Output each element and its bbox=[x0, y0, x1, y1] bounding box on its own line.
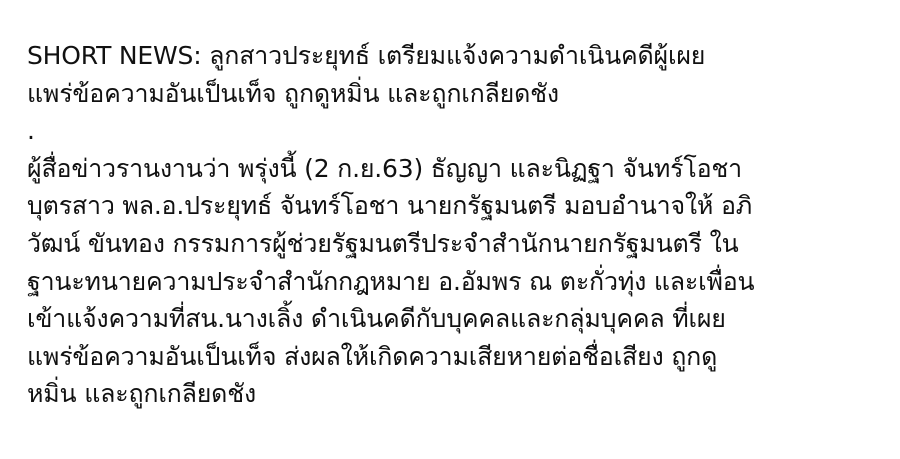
headline-line-2: แพร่ข้อความอันเป็นเท็จ ถูกดูหมิ่น และถูก… bbox=[27, 75, 897, 113]
body-line-5: เข้าแจ้งความที่สน.นางเลิ้ง ดำเนินคดีกับบ… bbox=[27, 300, 897, 338]
headline-line-1: SHORT NEWS: ลูกสาวประยุทธ์ เตรียมแจ้งควา… bbox=[27, 37, 897, 75]
body-line-7: หมิ่น และถูกเกลียดชัง bbox=[27, 375, 897, 413]
separator-dot: . bbox=[27, 112, 897, 150]
body-line-6: แพร่ข้อความอันเป็นเท็จ ส่งผลให้เกิดความเ… bbox=[27, 338, 897, 376]
body-line-4: ฐานะทนายความประจำสำนักกฎหมาย อ.อัมพร ณ ต… bbox=[27, 263, 897, 301]
body-line-1: ผู้สื่อข่าวรานงานว่า พรุ่งนี้ (2 ก.ย.63)… bbox=[27, 150, 897, 188]
news-post-text: SHORT NEWS: ลูกสาวประยุทธ์ เตรียมแจ้งควา… bbox=[27, 37, 897, 413]
body-line-2: บุตรสาว พล.อ.ประยุทธ์ จันทร์โอชา นายกรัฐ… bbox=[27, 187, 897, 225]
body-line-3: วัฒน์ ขันทอง กรรมการผู้ช่วยรัฐมนตรีประจำ… bbox=[27, 225, 897, 263]
